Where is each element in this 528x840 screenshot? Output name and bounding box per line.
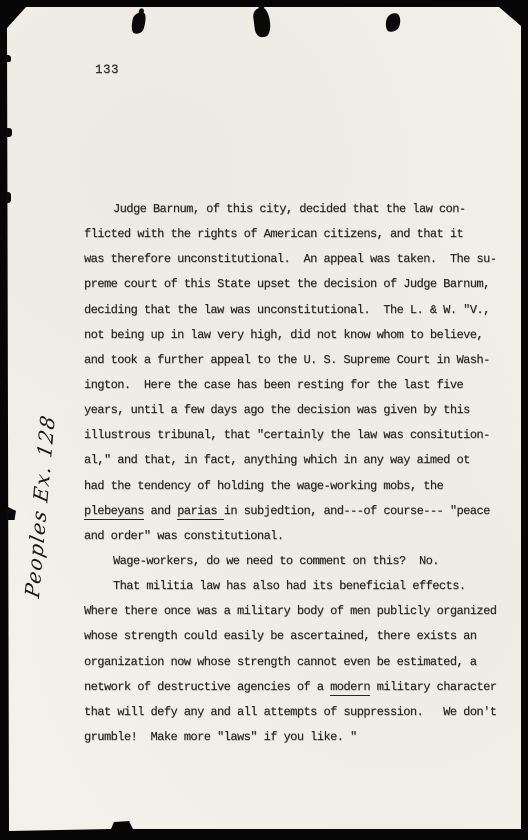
text-segment: years, until a few days ago the decision… [84, 403, 470, 417]
text-segment: flicted with the rights of American citi… [84, 227, 463, 241]
text-line: deciding that the law was unconstitution… [84, 298, 514, 323]
text-line: organization now whose strength cannot e… [84, 650, 514, 675]
text-segment: and took a further appeal to the U. S. S… [84, 353, 490, 367]
text-line: whose strength could easily be ascertain… [84, 624, 514, 649]
text-line: had the tendency of holding the wage-wor… [84, 474, 514, 499]
text-line: Wage-workers, do we need to comment on t… [84, 549, 514, 574]
text-segment: organization now whose strength cannot e… [84, 655, 476, 669]
text-line: was therefore unconstitutional. An appea… [84, 247, 514, 272]
text-segment: grumble! Make more "laws" if you like. " [84, 730, 357, 744]
text-segment: Judge Barnum, of this city, decided that… [113, 202, 466, 216]
text-segment: not being up in law very high, did not k… [84, 328, 483, 342]
scan-frame: 133 Judge Barnum, of this city, decided … [0, 0, 528, 840]
text-line: ington. Here the case has been resting f… [84, 373, 514, 398]
text-segment: was therefore unconstitutional. An appea… [84, 252, 496, 266]
text-line: That militia law has also had its benefi… [84, 574, 514, 599]
text-segment: al," and that, in fact, anything which i… [84, 453, 470, 467]
text-segment: Where there once was a military body of … [84, 604, 496, 618]
text-segment: deciding that the law was unconstitution… [84, 303, 490, 317]
underlined-word: plebeyans [84, 504, 144, 520]
text-line: and order" was constitutional. [84, 524, 514, 549]
text-segment: preme court of this State upset the deci… [84, 277, 490, 291]
text-line: Judge Barnum, of this city, decided that… [84, 197, 514, 222]
text-segment: illustrous tribunal, that "certainly the… [84, 428, 490, 442]
text-segment: and order" was constitutional. [84, 529, 284, 543]
text-segment: whose strength could easily be ascertain… [84, 629, 476, 643]
text-line: al," and that, in fact, anything which i… [84, 448, 514, 473]
text-line: flicted with the rights of American citi… [84, 222, 514, 247]
text-segment: That militia law has also had its benefi… [113, 579, 466, 593]
text-line: Where there once was a military body of … [84, 599, 514, 624]
text-line: plebeyans and parias in subjedtion, and-… [84, 499, 514, 524]
text-segment: that will defy any and all attempts of s… [84, 705, 496, 719]
text-line: preme court of this State upset the deci… [84, 272, 514, 297]
text-line: that will defy any and all attempts of s… [84, 700, 514, 725]
text-line: years, until a few days ago the decision… [84, 398, 514, 423]
text-line: not being up in law very high, did not k… [84, 323, 514, 348]
text-line: network of destructive agencies of a mod… [84, 675, 514, 700]
text-segment: ington. Here the case has been resting f… [84, 378, 463, 392]
typewritten-text: Judge Barnum, of this city, decided that… [84, 197, 514, 750]
scan-speck [6, 128, 12, 137]
text-segment: network of destructive agencies of a [84, 680, 330, 694]
text-segment: military character [370, 680, 496, 694]
text-line: grumble! Make more "laws" if you like. " [84, 725, 514, 750]
scan-speck [6, 192, 11, 203]
text-line: and took a further appeal to the U. S. S… [84, 348, 514, 373]
text-segment: Wage-workers, do we need to comment on t… [113, 554, 439, 568]
scan-speck [5, 55, 11, 62]
underlined-word: parias [177, 504, 224, 520]
text-segment: and [144, 504, 177, 518]
underlined-word: modern [330, 680, 370, 696]
text-segment: in subjedtion, and---of course--- "peace [224, 504, 490, 518]
page-number: 133 [95, 63, 119, 77]
text-segment: had the tendency of holding the wage-wor… [84, 479, 443, 493]
text-line: illustrous tribunal, that "certainly the… [84, 423, 514, 448]
